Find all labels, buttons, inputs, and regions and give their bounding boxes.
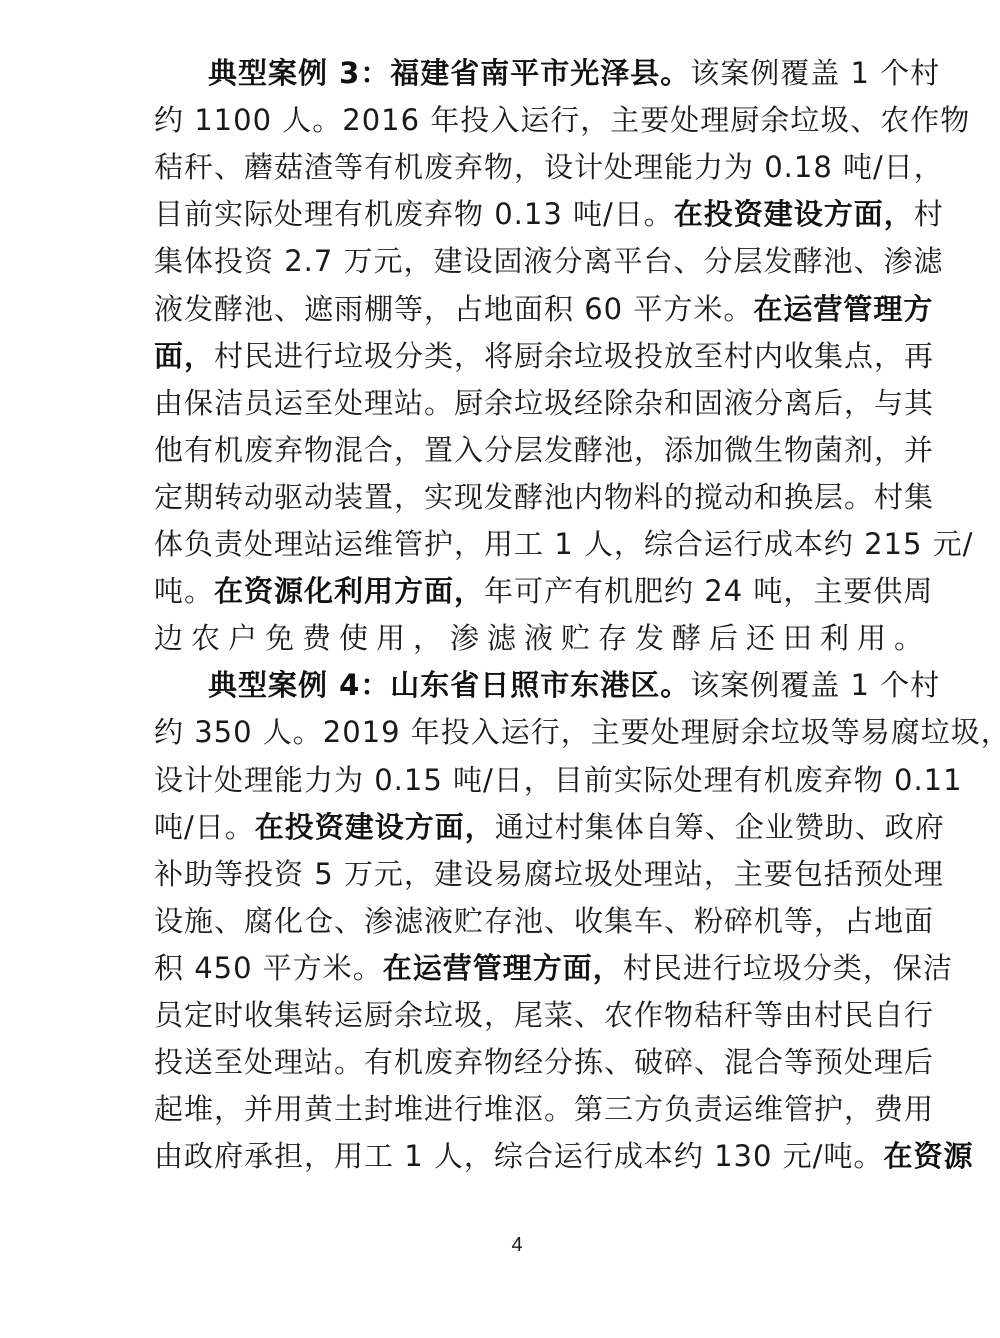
- text-run: 边农户免费使用，渗滤液贮存发酵后还田利用。: [154, 621, 931, 655]
- page-number: 4: [500, 1230, 534, 1260]
- text-line: 集体投资 2.7 万元，建设固液分离平台、分层发酵池、渗滤: [154, 238, 848, 285]
- text-run: 投送至处理站。有机废弃物经分拣、破碎、混合等预处理后: [154, 1045, 934, 1079]
- text-run: 村民进行垃圾分类，将厨余垃圾投放至村内收集点，再: [214, 339, 934, 373]
- text-run: 该案例覆盖 1 个村: [690, 668, 940, 702]
- text-line: 由保洁员运至处理站。厨余垃圾经除杂和固液分离后，与其: [154, 380, 848, 427]
- text-run: 由政府承担，用工 1 人，综合运行成本约 130 元/吨。: [154, 1139, 883, 1173]
- text-line: 投送至处理站。有机废弃物经分拣、破碎、混合等预处理后: [154, 1039, 848, 1086]
- text-run: 积 450 平方米。: [154, 951, 383, 985]
- bold-phrase: 在投资建设方面，: [255, 810, 495, 844]
- text-run: 他有机废弃物混合，置入分层发酵池，添加微生物菌剂，并: [154, 433, 934, 467]
- text-line: 由政府承担，用工 1 人，综合运行成本约 130 元/吨。在资源: [154, 1133, 848, 1180]
- text-run: 吨/日。: [154, 810, 255, 844]
- text-run: 秸秆、蘑菇渣等有机废弃物，设计处理能力为 0.18 吨/日，: [154, 150, 944, 184]
- text-run: 村: [914, 197, 944, 231]
- bold-phrase: 典型案例 3：福建省南平市光泽县。: [208, 56, 690, 90]
- text-line: 起堆，并用黄土封堆进行堆沤。第三方负责运维管护，费用: [154, 1086, 848, 1133]
- text-line: 设计处理能力为 0.15 吨/日，目前实际处理有机废弃物 0.11: [154, 757, 848, 804]
- text-run: 定期转动驱动装置，实现发酵池内物料的搅动和换层。村集: [154, 480, 934, 514]
- text-line: 体负责处理站运维管护，用工 1 人，综合运行成本约 215 元/: [154, 521, 848, 568]
- text-run: 设计处理能力为 0.15 吨/日，目前实际处理有机废弃物 0.11: [154, 763, 963, 797]
- bold-phrase: 典型案例 4：山东省日照市东港区。: [208, 668, 690, 702]
- text-run: 起堆，并用黄土封堆进行堆沤。第三方负责运维管护，费用: [154, 1092, 934, 1126]
- text-line: 补助等投资 5 万元，建设易腐垃圾处理站，主要包括预处理: [154, 851, 848, 898]
- document-page: 典型案例 3：福建省南平市光泽县。该案例覆盖 1 个村约 1100 人。2016…: [0, 0, 1000, 1338]
- bold-phrase: 在投资建设方面，: [674, 197, 914, 231]
- text-line: 面，村民进行垃圾分类，将厨余垃圾投放至村内收集点，再: [154, 333, 848, 380]
- text-line: 定期转动驱动装置，实现发酵池内物料的搅动和换层。村集: [154, 474, 848, 521]
- text-line: 员定时收集转运厨余垃圾，尾菜、农作物秸秆等由村民自行: [154, 992, 848, 1039]
- text-line: 约 1100 人。2016 年投入运行，主要处理厨余垃圾、农作物: [154, 97, 848, 144]
- text-run: 集体投资 2.7 万元，建设固液分离平台、分层发酵池、渗滤: [154, 244, 944, 278]
- bold-phrase: 面，: [154, 339, 214, 373]
- text-line: 积 450 平方米。在运营管理方面，村民进行垃圾分类，保洁: [154, 945, 848, 992]
- text-line: 液发酵池、遮雨棚等，占地面积 60 平方米。在运营管理方: [154, 286, 848, 333]
- case-heading-line: 典型案例 3：福建省南平市光泽县。该案例覆盖 1 个村: [208, 50, 848, 97]
- text-line: 设施、腐化仓、渗滤液贮存池、收集车、粉碎机等，占地面: [154, 898, 848, 945]
- bold-phrase: 在运营管理方: [753, 292, 933, 326]
- text-run: 年可产有机肥约 24 吨，主要供周: [484, 574, 933, 608]
- text-run: 约 1100 人。2016 年投入运行，主要处理厨余垃圾、农作物: [154, 103, 970, 137]
- text-line: 约 350 人。2019 年投入运行，主要处理厨余垃圾等易腐垃圾，: [154, 709, 848, 756]
- text-line: 秸秆、蘑菇渣等有机废弃物，设计处理能力为 0.18 吨/日，: [154, 144, 848, 191]
- text-run: 由保洁员运至处理站。厨余垃圾经除杂和固液分离后，与其: [154, 386, 934, 420]
- text-run: 该案例覆盖 1 个村: [690, 56, 940, 90]
- text-run: 通过村集体自筹、企业赞助、政府: [495, 810, 945, 844]
- text-run: 补助等投资 5 万元，建设易腐垃圾处理站，主要包括预处理: [154, 857, 944, 891]
- text-line: 目前实际处理有机废弃物 0.13 吨/日。在投资建设方面，村: [154, 191, 848, 238]
- bold-phrase: 在资源: [883, 1139, 973, 1173]
- text-line: 吨。在资源化利用方面，年可产有机肥约 24 吨，主要供周: [154, 568, 848, 615]
- text-run: 约 350 人。2019 年投入运行，主要处理厨余垃圾等易腐垃圾，: [154, 715, 1000, 749]
- bold-phrase: 在资源化利用方面，: [214, 574, 484, 608]
- text-line: 吨/日。在投资建设方面，通过村集体自筹、企业赞助、政府: [154, 804, 848, 851]
- case-heading-line: 典型案例 4：山东省日照市东港区。该案例覆盖 1 个村: [208, 662, 848, 709]
- text-run: 目前实际处理有机废弃物 0.13 吨/日。: [154, 197, 674, 231]
- bold-phrase: 在运营管理方面，: [383, 951, 623, 985]
- text-run: 村民进行垃圾分类，保洁: [623, 951, 953, 985]
- text-run: 设施、腐化仓、渗滤液贮存池、收集车、粉碎机等，占地面: [154, 904, 934, 938]
- text-run: 员定时收集转运厨余垃圾，尾菜、农作物秸秆等由村民自行: [154, 998, 934, 1032]
- text-run: 液发酵池、遮雨棚等，占地面积 60 平方米。: [154, 292, 753, 326]
- text-line: 边农户免费使用，渗滤液贮存发酵后还田利用。: [154, 615, 848, 662]
- text-run: 吨。: [154, 574, 214, 608]
- text-run: 体负责处理站运维管护，用工 1 人，综合运行成本约 215 元/: [154, 527, 973, 561]
- text-line: 他有机废弃物混合，置入分层发酵池，添加微生物菌剂，并: [154, 427, 848, 474]
